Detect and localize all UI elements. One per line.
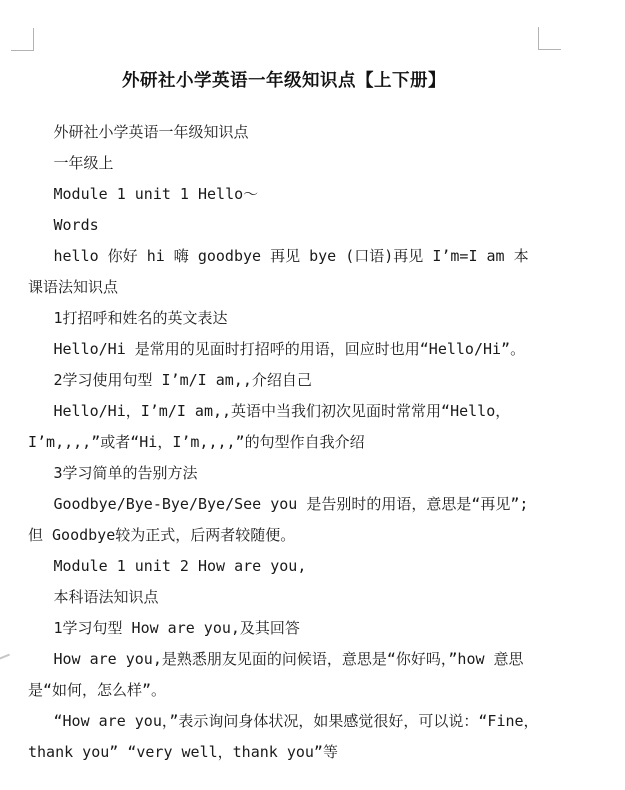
doc-paragraph: 3学习简单的告别方法 (28, 458, 540, 489)
doc-paragraph: 1学习句型 How are you,及其回答 (28, 613, 540, 644)
doc-paragraph: Hello/Hi，I’m/I am,,英语中当我们初次见面时常常用“Hello，… (28, 396, 540, 458)
doc-paragraph: Words (28, 210, 540, 241)
page-margin-corner-mark-top-right (538, 27, 561, 50)
doc-paragraph: How are you,是熟悉朋友见面的问候语，意思是“你好吗，”how 意思是… (28, 644, 540, 706)
doc-paragraph: 一年级上 (28, 148, 540, 179)
doc-paragraph: Module 1 unit 2 How are you, (28, 551, 540, 582)
doc-paragraph: 本科语法知识点 (28, 582, 540, 613)
doc-paragraph: Hello/Hi 是常用的见面时打招呼的用语，回应时也用“Hello/Hi”。 (28, 334, 540, 365)
doc-paragraph: 2学习使用句型 I’m/I am,,介绍自己 (28, 365, 540, 396)
edge-stray-mark (0, 654, 10, 661)
doc-paragraph: 1打招呼和姓名的英文表达 (28, 303, 540, 334)
doc-paragraph: 外研社小学英语一年级知识点 (28, 117, 540, 148)
doc-paragraph: “How are you，”表示询问身体状况，如果感觉很好，可以说：“Fine，… (28, 706, 540, 768)
document-title: 外研社小学英语一年级知识点【上下册】 (28, 69, 540, 93)
doc-paragraph: hello 你好 hi 嗨 goodbye 再见 bye (口语)再见 I’m=… (28, 241, 540, 303)
doc-paragraph: Module 1 unit 1 Hello～ (28, 179, 540, 210)
document-body: 外研社小学英语一年级知识点 一年级上 Module 1 unit 1 Hello… (28, 117, 540, 768)
document-page: 外研社小学英语一年级知识点【上下册】 外研社小学英语一年级知识点 一年级上 Mo… (0, 0, 625, 790)
page-margin-corner-mark-top-left (11, 28, 34, 51)
doc-paragraph: Goodbye/Bye-Bye/Bye/See you 是告别时的用语，意思是“… (28, 489, 540, 551)
